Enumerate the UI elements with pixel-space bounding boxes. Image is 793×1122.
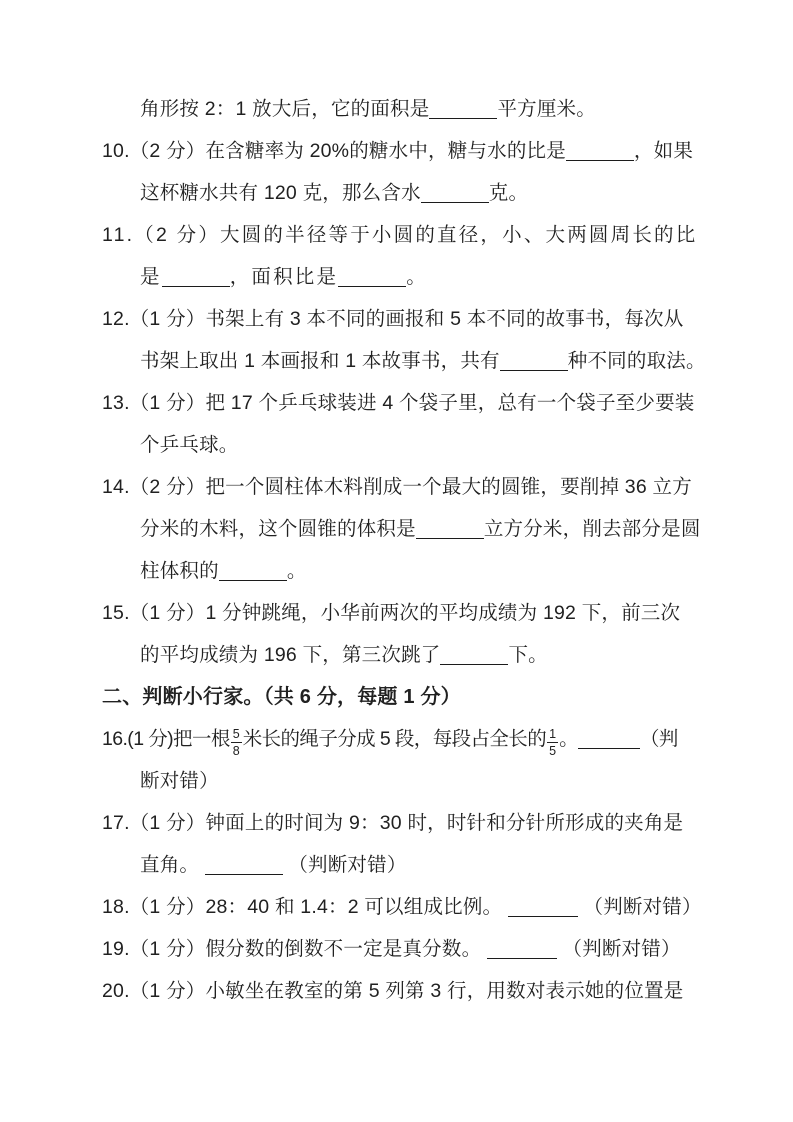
text-run: （判 <box>640 728 678 750</box>
text-run: 角形按 2：1 放大后，它的面积是 <box>140 98 429 120</box>
text-run: 断对错） <box>140 770 219 792</box>
q12-line2: 书架上取出 1 本画报和 1 本故事书，共有种不同的取法。 <box>102 340 702 382</box>
q17-line1: 17.（1 分）钟面上的时间为 9：30 时，时针和分针所形成的夹角是 <box>102 802 702 844</box>
answer-blank <box>429 104 497 119</box>
answer-blank <box>440 650 508 665</box>
q16-line2: 断对错） <box>102 760 702 802</box>
text-run: 19.（1 分）假分数的倒数不一定是真分数。 <box>102 938 487 960</box>
q19-line1: 19.（1 分）假分数的倒数不一定是真分数。 （判断对错） <box>102 928 702 970</box>
fraction-numerator: 5 <box>231 728 242 742</box>
text-run: 18.（1 分）28：40 和 1.4：2 可以组成比例。 <box>102 896 508 918</box>
answer-blank <box>566 146 634 161</box>
answer-blank <box>162 272 230 287</box>
text-run: 11.（2 分）大圆的半径等于小圆的直径，小、大两圆周长的比 <box>102 224 697 246</box>
q20-line1: 20.（1 分）小敏坐在教室的第 5 列第 3 行，用数对表示她的位置是 <box>102 970 702 1012</box>
q14-line1: 14.（2 分）把一个圆柱体木料削成一个最大的圆锥，要削掉 36 立方 <box>102 466 702 508</box>
fraction-denominator: 8 <box>231 742 242 757</box>
text-run: 平方厘米。 <box>497 98 596 120</box>
text-run: 柱体积的 <box>140 560 219 582</box>
text-run: 20.（1 分）小敏坐在教室的第 5 列第 3 行，用数对表示她的位置是 <box>102 980 683 1002</box>
q14-line3: 柱体积的。 <box>102 550 702 592</box>
q13-line2: 个乒乓球。 <box>102 424 702 466</box>
text-run: 分米的木料，这个圆锥的体积是 <box>140 518 416 540</box>
text-run: 12.（1 分）书架上有 3 本不同的画报和 5 本不同的故事书，每次从 <box>102 308 683 330</box>
text-run: 14.（2 分）把一个圆柱体木料削成一个最大的圆锥，要削掉 36 立方 <box>102 476 692 498</box>
answer-blank <box>508 902 578 917</box>
exam-page: 角形按 2：1 放大后，它的面积是平方厘米。10.（2 分）在含糖率为 20%的… <box>0 0 793 1122</box>
text-run: 17.（1 分）钟面上的时间为 9：30 时，时针和分针所形成的夹角是 <box>102 812 683 834</box>
q12-line1: 12.（1 分）书架上有 3 本不同的画报和 5 本不同的故事书，每次从 <box>102 298 702 340</box>
text-run: 是 <box>140 266 162 288</box>
answer-blank <box>500 356 568 371</box>
q14-line2: 分米的木料，这个圆锥的体积是立方分米，削去部分是圆 <box>102 508 702 550</box>
text-run: （判断对错） <box>578 896 702 918</box>
fraction: 15 <box>547 728 558 757</box>
answer-blank <box>338 272 406 287</box>
answer-blank <box>416 524 484 539</box>
fraction-numerator: 1 <box>547 728 558 742</box>
text-run: 克。 <box>489 182 528 204</box>
text-run: 10.（2 分）在含糖率为 20%的糖水中，糖与水的比是 <box>102 140 566 162</box>
text-run: ，面积比是 <box>230 266 339 288</box>
q15-line1: 15.（1 分）1 分钟跳绳，小华前两次的平均成绩为 192 下，前三次 <box>102 592 702 634</box>
text-run: 。 <box>559 728 578 750</box>
q13-line1: 13.（1 分）把 17 个乒乓球装进 4 个袋子里，总有一个袋子至少要装 <box>102 382 702 424</box>
answer-blank <box>578 734 640 749</box>
q11-line1: 11.（2 分）大圆的半径等于小圆的直径，小、大两圆周长的比 <box>102 214 702 256</box>
text-run: 15.（1 分）1 分钟跳绳，小华前两次的平均成绩为 192 下，前三次 <box>102 602 680 624</box>
text-run: 立方分米，削去部分是圆 <box>484 518 701 540</box>
text-run: （判断对错） <box>283 854 407 876</box>
text-run: ，如果 <box>634 140 693 162</box>
answer-blank <box>487 944 557 959</box>
section-2-header: 二、判断小行家。（共 6 分，每题 1 分） <box>102 676 702 718</box>
text-run: 书架上取出 1 本画报和 1 本故事书，共有 <box>140 350 500 372</box>
text-run: 。 <box>406 266 428 288</box>
text-run: 下。 <box>508 644 547 666</box>
answer-blank <box>219 566 287 581</box>
answer-blank <box>421 188 489 203</box>
q10-line2: 这杯糖水共有 120 克，那么含水克。 <box>102 172 702 214</box>
text-run: 。 <box>287 560 307 582</box>
text-run: 13.（1 分）把 17 个乒乓球装进 4 个袋子里，总有一个袋子至少要装 <box>102 392 694 414</box>
text-run: 直角。 <box>140 854 205 876</box>
fraction-denominator: 5 <box>547 742 558 757</box>
q11-line2: 是，面积比是。 <box>102 256 702 298</box>
text-run: 16.(1 分)把一根 <box>102 728 230 750</box>
q17-line2: 直角。 （判断对错） <box>102 844 702 886</box>
text-run: （判断对错） <box>557 938 681 960</box>
text-run: 这杯糖水共有 120 克，那么含水 <box>140 182 421 204</box>
question-list: 角形按 2：1 放大后，它的面积是平方厘米。10.（2 分）在含糖率为 20%的… <box>102 88 702 1012</box>
q18-line1: 18.（1 分）28：40 和 1.4：2 可以组成比例。 （判断对错） <box>102 886 702 928</box>
answer-blank <box>205 860 283 875</box>
q15-line2: 的平均成绩为 196 下，第三次跳了下。 <box>102 634 702 676</box>
text-run: 二、判断小行家。（共 6 分，每题 1 分） <box>102 686 461 708</box>
q16-line1: 16.(1 分)把一根58米长的绳子分成 5 段，每段占全长的15。（判 <box>102 718 702 760</box>
q10-line1: 10.（2 分）在含糖率为 20%的糖水中，糖与水的比是，如果 <box>102 130 702 172</box>
q9-continuation-line: 角形按 2：1 放大后，它的面积是平方厘米。 <box>102 88 702 130</box>
text-run: 种不同的取法。 <box>568 350 706 372</box>
text-run: 的平均成绩为 196 下，第三次跳了 <box>140 644 440 666</box>
fraction: 58 <box>231 728 242 757</box>
text-run: 米长的绳子分成 5 段，每段占全长的 <box>243 728 546 750</box>
text-run: 个乒乓球。 <box>140 434 239 456</box>
